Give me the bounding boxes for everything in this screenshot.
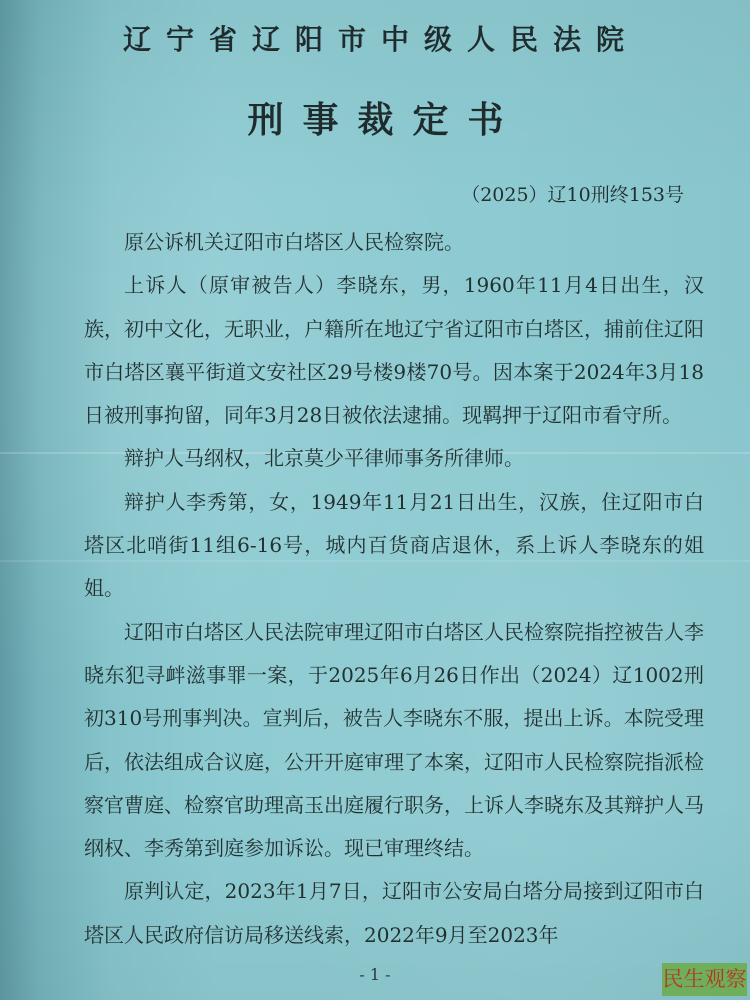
document-title: 刑事裁定书	[0, 92, 750, 143]
watermark-logo: 民生观察	[662, 963, 747, 996]
page-number: - 1 -	[0, 965, 750, 984]
paragraph-defender-2: 辩护人李秀第，女，1949年11月21日出生，汉族，住辽阳市白塔区北哨街11组6…	[84, 481, 704, 611]
paragraph-defender-1: 辩护人马纲权，北京莫少平律师事务所律师。	[84, 437, 704, 480]
paragraph-appellant: 上诉人（原审被告人）李晓东，男，1960年11月4日出生，汉族，初中文化，无职业…	[84, 264, 704, 437]
case-number: （2025）辽10刑终153号	[461, 180, 684, 207]
document-body: 原公诉机关辽阳市白塔区人民检察院。 上诉人（原审被告人）李晓东，男，1960年1…	[84, 221, 704, 957]
paragraph-original-findings: 原判认定，2023年1月7日，辽阳市公安局白塔分局接到辽阳市白塔区人民政府信访局…	[84, 870, 704, 957]
paragraph-prosecutor: 原公诉机关辽阳市白塔区人民检察院。	[84, 221, 704, 264]
paragraph-proceedings: 辽阳市白塔区人民法院审理辽阳市白塔区人民检察院指控被告人李晓东犯寻衅滋事罪一案，…	[84, 611, 704, 871]
court-name: 辽宁省辽阳市中级人民法院	[0, 18, 750, 58]
